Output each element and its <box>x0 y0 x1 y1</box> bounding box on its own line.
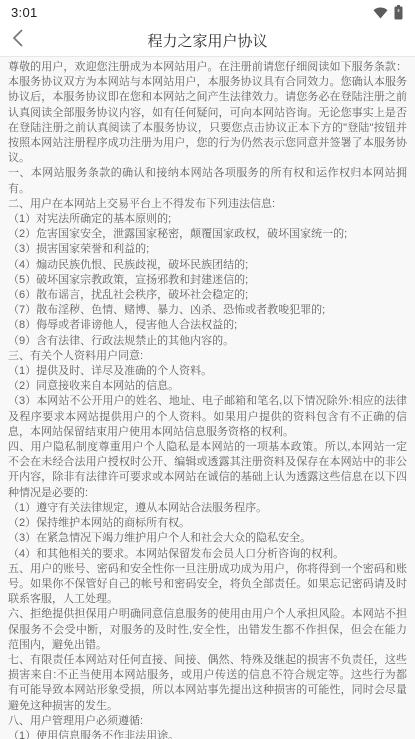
agreement-paragraph: （1）遵守有关法律规定，遵从本网站合法服务程序。 <box>8 501 407 516</box>
agreement-paragraph: （2）危害国家安全，泄露国家秘密，颠覆国家政权，破坏国家统一的; <box>8 227 407 242</box>
agreement-paragraph: （8）侮辱或者诽谤他人，侵害他人合法权益的; <box>8 318 407 333</box>
agreement-paragraph: （2）保持维护本网站的商标所有权。 <box>8 516 407 531</box>
agreement-paragraph: （2）同意接收来自本网站的信息。 <box>8 379 407 394</box>
agreement-paragraph: 七、有限责任本网站对任何直接、间接、偶然、特殊及继起的损害不负责任，这些损害来自… <box>8 653 407 714</box>
agreement-paragraph: （4）煽动民族仇恨、民族歧视，破坏民族团结的; <box>8 258 407 273</box>
agreement-paragraph: （1）使用信息服务不作非法用途。 <box>8 729 407 739</box>
battery-icon <box>394 5 403 20</box>
chevron-left-icon <box>12 29 23 52</box>
agreement-paragraph: （9）含有法律、行政法规禁止的其他内容的。 <box>8 334 407 349</box>
wifi-icon <box>373 6 388 19</box>
agreement-paragraph: （3）在紧急情况下竭力维护用户个人和社会大众的隐私安全。 <box>8 531 407 546</box>
agreement-paragraph: 八、用户管理用户必须遵循: <box>8 714 407 729</box>
agreement-paragraph: 四、用户隐私制度尊重用户个人隐私是本网站的一项基本政策。所以,本网站一定不会在未… <box>8 440 407 501</box>
agreement-paragraph: （7）散布淫秽、色情、赌博、暴力、凶杀、恐怖或者教唆犯罪的; <box>8 303 407 318</box>
agreement-content[interactable]: 尊敬的用户，欢迎您注册成为本网站用户。在注册前请您仔细阅读如下服务条款：本服务协… <box>0 57 415 739</box>
screen: 3:01 程力之家用户协议 <box>0 0 415 739</box>
agreement-paragraph: 一、本网站服务条款的确认和接纳本网站各项服务的所有权和运作权归本网站拥有。 <box>8 166 407 196</box>
agreement-paragraph: 二、用户在本网站上交易平台上不得发布下列违法信息: <box>8 197 407 212</box>
agreement-paragraph: （1）提供及时、详尽及准确的个人资料。 <box>8 364 407 379</box>
agreement-paragraph: （6）散布谣言，扰乱社会秩序，破坏社会稳定的; <box>8 288 407 303</box>
back-button[interactable] <box>0 24 34 57</box>
agreement-paragraph: （3）本网站不公开用户的姓名、地址、电子邮箱和笔名,以下情况除外:相应的法律及程… <box>8 394 407 440</box>
agreement-paragraph: 三、有关个人资料用户同意: <box>8 349 407 364</box>
page-title: 程力之家用户协议 <box>0 30 415 51</box>
agreement-paragraph: 六、拒绝提供担保用户明确同意信息服务的使用由用户个人承担风险。本网站不担保服务不… <box>8 607 407 653</box>
agreement-paragraph: （4）和其他相关的要求。本网站保留发布会员人口分析咨询的权利。 <box>8 547 407 562</box>
status-bar: 3:01 <box>0 0 415 24</box>
status-icons <box>373 5 403 20</box>
agreement-paragraph: （5）破坏国家宗教政策，宣扬邪教和封建迷信的; <box>8 273 407 288</box>
agreement-paragraph: 尊敬的用户，欢迎您注册成为本网站用户。在注册前请您仔细阅读如下服务条款：本服务协… <box>8 60 407 166</box>
agreement-paragraph: （1）对宪法所确定的基本原则的; <box>8 212 407 227</box>
nav-bar: 程力之家用户协议 <box>0 24 415 57</box>
status-time: 3:01 <box>11 5 38 20</box>
agreement-paragraph: 五、用户的账号、密码和安全性你一旦注册成功成为用户，你将得到一个密码和账号。如果… <box>8 562 407 608</box>
agreement-paragraph: （3）损害国家荣誉和利益的; <box>8 242 407 257</box>
